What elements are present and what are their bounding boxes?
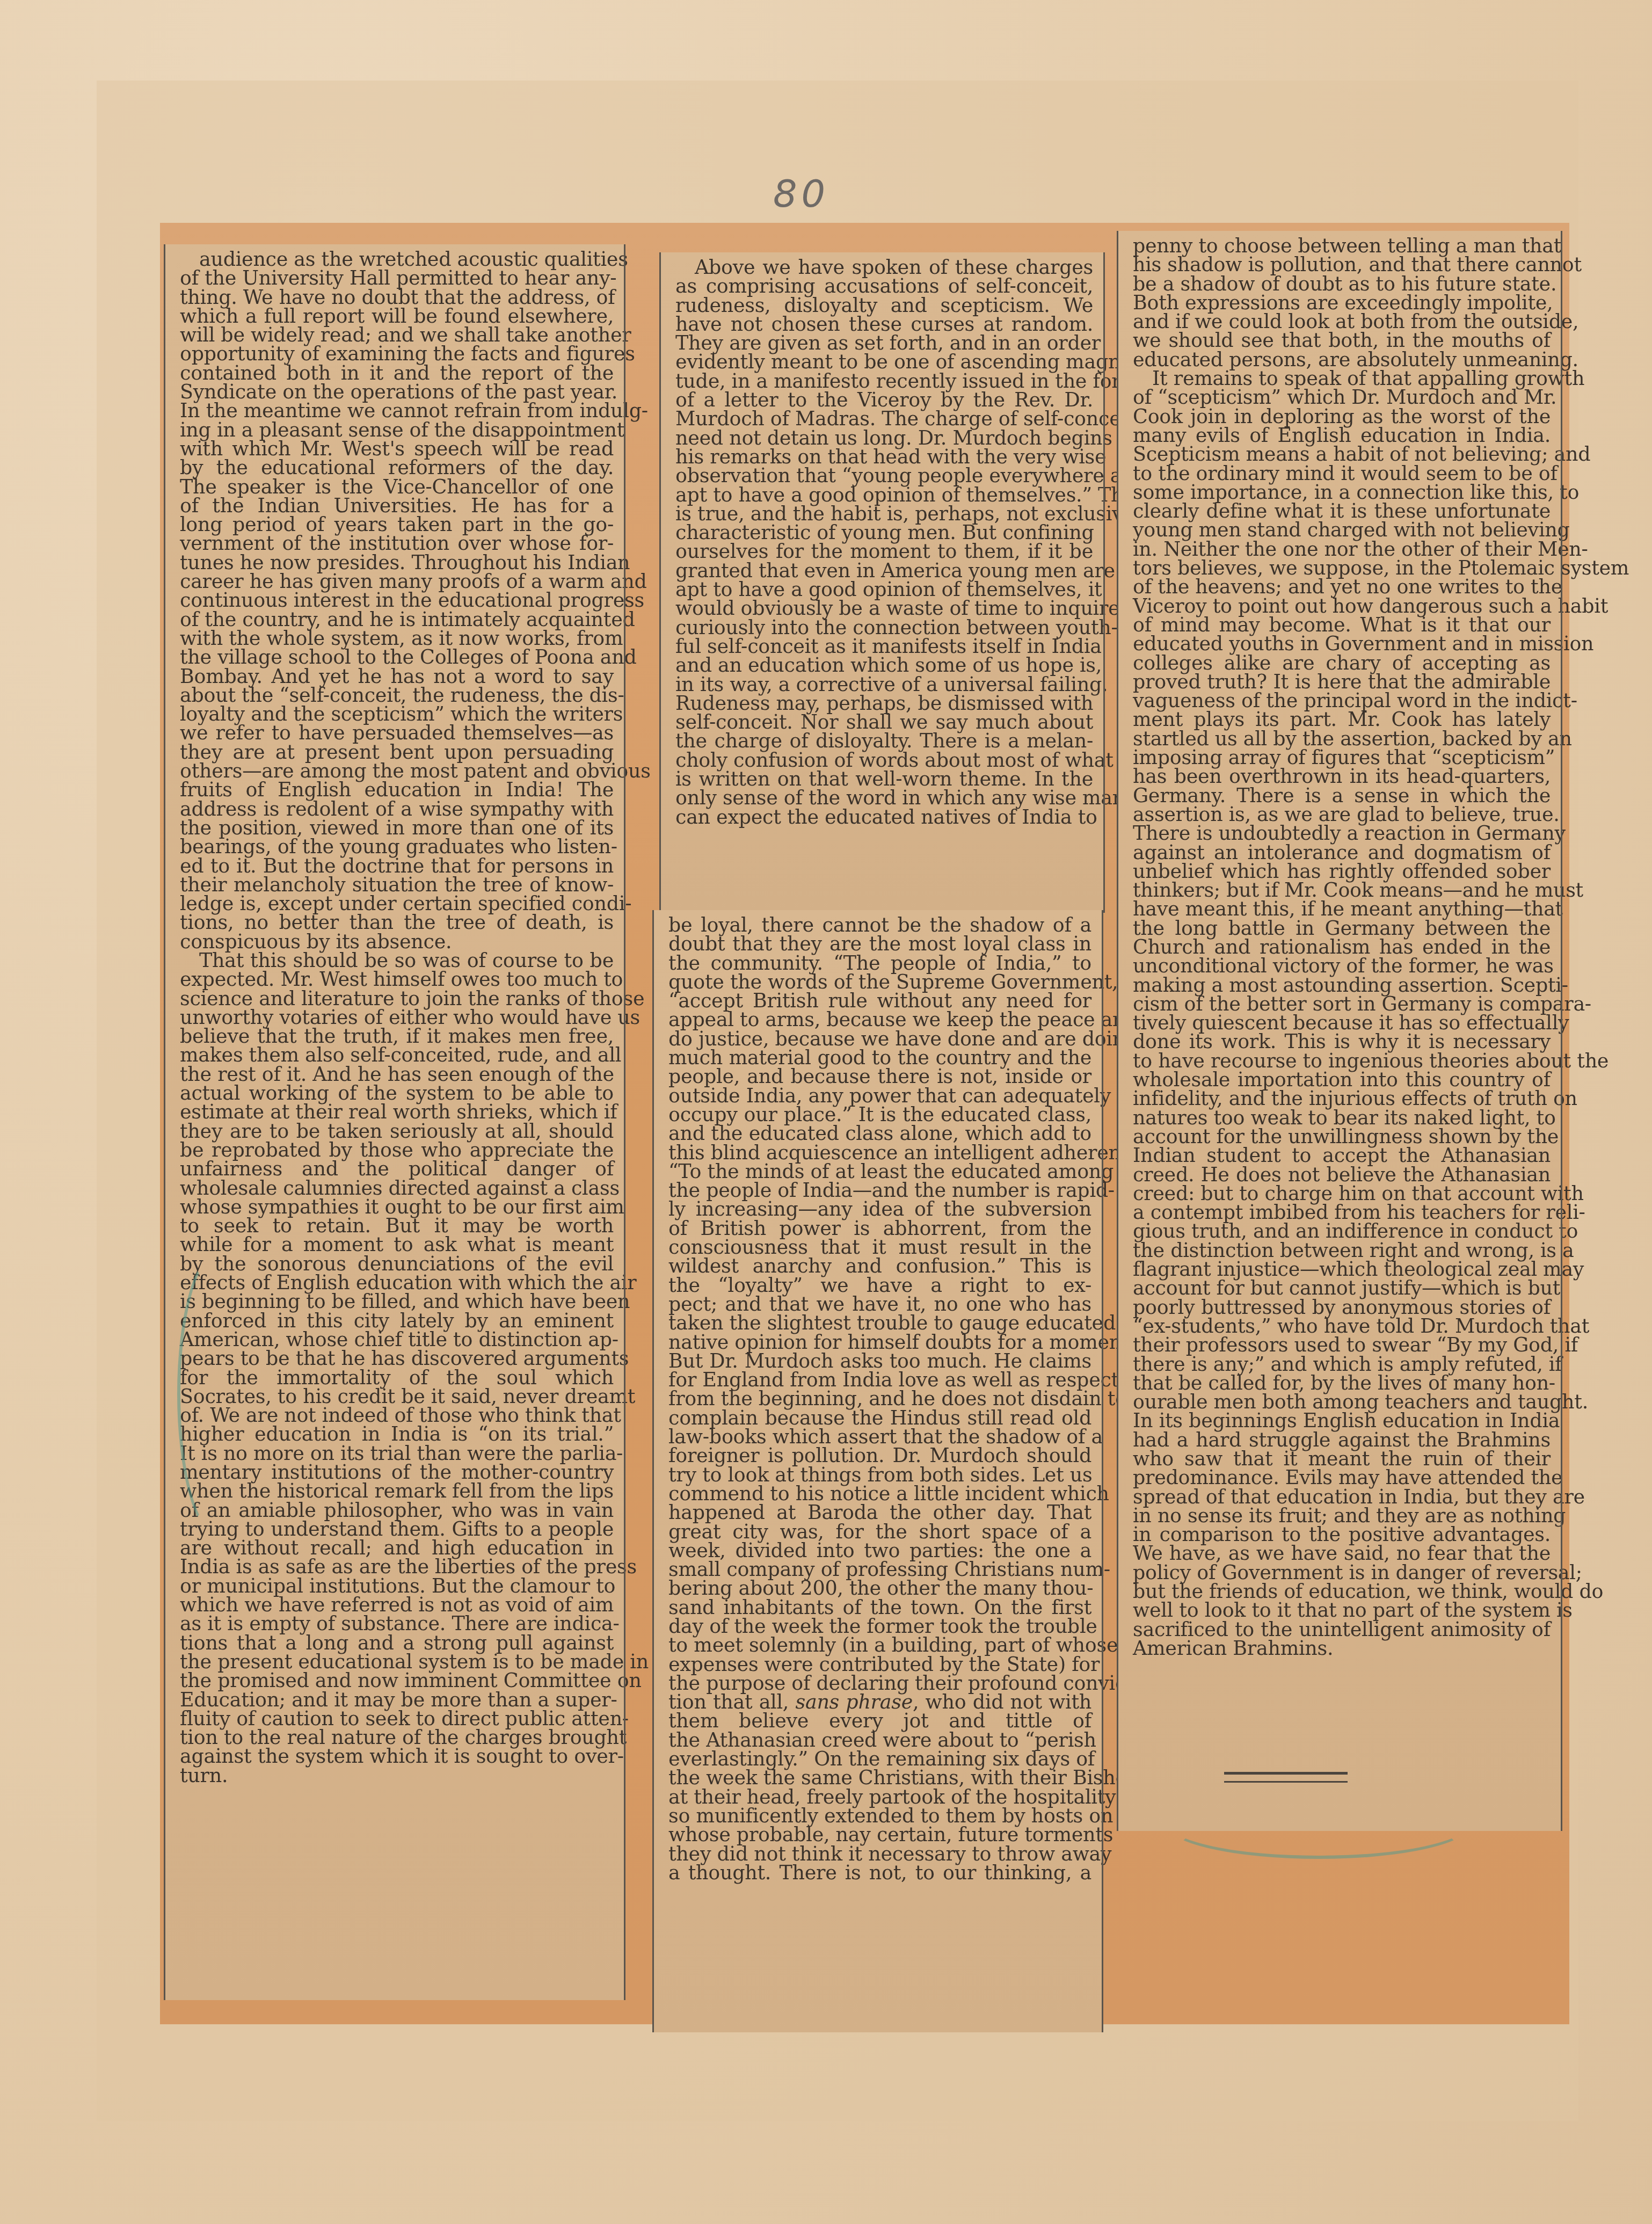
text-line: tions that a long and a strong pull agai… bbox=[180, 1633, 614, 1652]
text-line: fluity of caution to seek to direct publ… bbox=[180, 1709, 614, 1728]
text-line: commend to his notice a little incident … bbox=[668, 1484, 1091, 1503]
text-line: of “scepticism” which Dr. Murdoch and Mr… bbox=[1133, 388, 1551, 406]
text-line: by the sonorous denunciations of the evi… bbox=[180, 1254, 614, 1273]
text-line: vernment of the institution over whose f… bbox=[180, 534, 614, 553]
text-line: “accept British rule without any need fo… bbox=[668, 991, 1091, 1010]
text-line: his remarks on that head with the very w… bbox=[675, 447, 1093, 466]
text-line: others—are among the most patent and obv… bbox=[180, 761, 614, 780]
text-line: trying to understand them. Gifts to a pe… bbox=[180, 1520, 614, 1538]
text-line: sacrificed to the unintelligent animosit… bbox=[1133, 1620, 1551, 1639]
text-line: be reprobated by those who appreciate th… bbox=[180, 1140, 614, 1159]
text-line: their professors used to swear “By my Go… bbox=[1133, 1335, 1551, 1354]
text-line: Germany. There is a sense in which the bbox=[1133, 786, 1551, 805]
text-line: Bombay. And yet he has not a word to say bbox=[180, 667, 614, 686]
text-line: tunes he now presides. Throughout his In… bbox=[180, 553, 614, 572]
text-line: But Dr. Murdoch asks too much. He claims bbox=[668, 1351, 1091, 1370]
text-line: Indian student to accept the Athanasian bbox=[1133, 1146, 1551, 1165]
text-line: of the country, and he is intimately acq… bbox=[180, 610, 614, 629]
text-line: thinkers; but if Mr. Cook means—and he m… bbox=[1133, 881, 1551, 899]
column-rule bbox=[164, 244, 165, 2000]
text-line: done its work. This is why it is necessa… bbox=[1133, 1032, 1551, 1051]
text-line: sand inhabitants of the town. On the fir… bbox=[668, 1598, 1091, 1617]
text-line: whose sympathies it ought to be our firs… bbox=[180, 1197, 614, 1216]
text-line: whose probable, nay certain, future torm… bbox=[668, 1825, 1091, 1844]
text-line: colleges alike are chary of accepting as bbox=[1133, 653, 1551, 672]
text-line: to seek to retain. But it may be worth bbox=[180, 1216, 614, 1235]
text-line: in. Neither the one nor the other of the… bbox=[1133, 540, 1551, 558]
clipping-column-left: audience as the wretched acoustic qualit… bbox=[164, 244, 625, 2000]
pencil-annotation-mark bbox=[177, 1251, 259, 1537]
text-line: conspicuous by its absence. bbox=[180, 932, 614, 951]
text-line: with which Mr. West's speech will be rea… bbox=[180, 439, 614, 458]
text-line: apt to have a good opinion of themselves… bbox=[675, 485, 1093, 504]
text-line: week, divided into two parties: the one … bbox=[668, 1541, 1091, 1560]
column-rule bbox=[1102, 910, 1103, 2032]
text-line: unworthy votaries of either who would ha… bbox=[180, 1008, 614, 1027]
text-line: the rest of it. And he has seen enough o… bbox=[180, 1065, 614, 1084]
text-line: wholesale importation into this country … bbox=[1133, 1070, 1551, 1089]
text-line: In the meantime we cannot refrain from i… bbox=[180, 401, 614, 420]
text-line: loyalty and the scepticism” which the wr… bbox=[180, 704, 614, 723]
text-line: choly confusion of words about most of w… bbox=[675, 751, 1093, 769]
text-line: only sense of the word in which any wise… bbox=[675, 788, 1093, 807]
text-line: proved truth? It is here that the admira… bbox=[1133, 672, 1551, 691]
text-line: curiously into the connection between yo… bbox=[675, 618, 1093, 637]
column-rule bbox=[652, 910, 654, 2032]
text-line: rudeness, disloyalty and scepticism. We bbox=[675, 296, 1093, 315]
text-line: has been overthrown in its head-quarters… bbox=[1133, 767, 1551, 786]
text-line: quote the words of the Supreme Governmen… bbox=[668, 972, 1091, 991]
text-line: be a shadow of doubt as to his future st… bbox=[1133, 274, 1551, 293]
text-line: about the “self-conceit, the rudeness, t… bbox=[180, 686, 614, 704]
text-line: great city was, for the short space of a bbox=[668, 1522, 1091, 1541]
text-line: unconditional victory of the former, he … bbox=[1133, 956, 1551, 975]
text-line: a contempt imbibed from his teachers for… bbox=[1133, 1203, 1551, 1222]
text-line: tion that all, sans phrase, who did not … bbox=[668, 1692, 1091, 1711]
text-line: making a most astounding assertion. Scep… bbox=[1133, 976, 1551, 994]
text-line: wildest anarchy and confusion.” This is bbox=[668, 1256, 1091, 1275]
text-line: tude, in a manifesto recently issued in … bbox=[675, 372, 1093, 390]
text-line: continuous interest in the educational p… bbox=[180, 591, 614, 609]
text-line: vagueness of the principal word in the i… bbox=[1133, 691, 1551, 710]
text-line: the Athanasian creed were about to “peri… bbox=[668, 1731, 1091, 1749]
text-line: many evils of English education in India… bbox=[1133, 426, 1551, 445]
text-line: ment plays its part. Mr. Cook has lately bbox=[1133, 710, 1551, 729]
text-line: had a hard struggle against the Brahmins bbox=[1133, 1430, 1551, 1449]
column-rule bbox=[1117, 231, 1118, 1831]
text-line: have meant this, if he meant anything—th… bbox=[1133, 899, 1551, 918]
text-line: tors believes, we suppose, in the Ptolem… bbox=[1133, 558, 1551, 577]
text-line: predominance. Evils may have attended th… bbox=[1133, 1468, 1551, 1487]
text-line: opportunity of examining the facts and f… bbox=[180, 344, 614, 363]
text-line: Viceroy to point out how dangerous such … bbox=[1133, 597, 1551, 615]
text-line: which a full report will be found elsewh… bbox=[180, 307, 614, 325]
text-line: natures too weak to bear its naked light… bbox=[1133, 1108, 1551, 1127]
text-line: they are at present bent upon persuading bbox=[180, 743, 614, 761]
text-line: fruits of English education in India! Th… bbox=[180, 780, 614, 799]
text-line: Cook join in deploring as the worst of t… bbox=[1133, 407, 1551, 426]
text-line: the village school to the Colleges of Po… bbox=[180, 648, 614, 666]
text-line: tively quiescent because it has so effec… bbox=[1133, 1013, 1551, 1032]
column-rule bbox=[624, 244, 625, 2000]
text-line: gious truth, and an indifference in cond… bbox=[1133, 1222, 1551, 1240]
text-line: their melancholy situation the tree of k… bbox=[180, 875, 614, 894]
text-line: the community. “The people of India,” to bbox=[668, 954, 1091, 972]
text-line: long period of years taken part in the g… bbox=[180, 515, 614, 534]
text-line: assertion is, as we are glad to believe,… bbox=[1133, 805, 1551, 824]
text-line: of the University Hall permitted to hear… bbox=[180, 268, 614, 287]
text-line: audience as the wretched acoustic qualit… bbox=[180, 250, 614, 268]
text-line: by the educational reformers of the day. bbox=[180, 458, 614, 477]
text-line: self-conceit. Nor shall we say much abou… bbox=[675, 713, 1093, 731]
text-line: they did not think it necessary to throw… bbox=[668, 1844, 1091, 1863]
column-rule bbox=[659, 252, 661, 913]
text-line: tion to the real nature of the charges b… bbox=[180, 1728, 614, 1747]
text-line: Rudeness may, perhaps, be dismissed with bbox=[675, 694, 1093, 713]
text-line: expected. Mr. West himself owes too much… bbox=[180, 970, 614, 989]
text-line: law-books which assert that the shadow o… bbox=[668, 1427, 1091, 1446]
text-line: this blind acquiescence an intelligent a… bbox=[668, 1143, 1091, 1162]
text-line: at their head, freely partook of the hos… bbox=[668, 1787, 1091, 1806]
text-line: of a letter to the Viceroy by the Rev. D… bbox=[675, 390, 1093, 409]
text-line: observation that “young people everywher… bbox=[675, 466, 1093, 485]
text-line: Education; and it may be more than a sup… bbox=[180, 1690, 614, 1709]
text-line: granted that even in America young men a… bbox=[675, 561, 1093, 580]
text-line: apt to have a good opinion of themselves… bbox=[675, 580, 1093, 599]
text-line: ly increasing—any idea of the subversion bbox=[668, 1200, 1091, 1218]
text-line: of an amiable philosopher, who was in va… bbox=[180, 1501, 614, 1520]
text-line: of British power is abhorrent, from the bbox=[668, 1219, 1091, 1238]
text-line: of the heavens; and yet no one writes to… bbox=[1133, 577, 1551, 596]
text-line: ful self-conceit as it manifests itself … bbox=[675, 637, 1093, 656]
text-line: They are given as set forth, and in an o… bbox=[675, 333, 1093, 352]
text-line: and an education which some of us hope i… bbox=[675, 656, 1093, 674]
text-line: infidelity, and the injurious effects of… bbox=[1133, 1089, 1551, 1108]
text-line: flagrant injustice—which theological zea… bbox=[1133, 1260, 1551, 1278]
text-line: makes them also self-conceited, rude, an… bbox=[180, 1045, 614, 1064]
text-line: appeal to arms, because we keep the peac… bbox=[668, 1010, 1091, 1029]
text-line: cism of the better sort in Germany is co… bbox=[1133, 994, 1551, 1013]
text-line: against an intolerance and dogmatism of bbox=[1133, 843, 1551, 862]
text-line: will be widely read; and we shall take a… bbox=[180, 325, 614, 344]
end-of-article-rule bbox=[1224, 1772, 1348, 1783]
text-line: It remains to speak of that appalling gr… bbox=[1133, 369, 1551, 388]
text-line: would obviously be a waste of time to in… bbox=[675, 599, 1093, 617]
text-line: occupy our place.” It is the educated cl… bbox=[668, 1105, 1091, 1124]
article-text-right: penny to choose between telling a man th… bbox=[1117, 231, 1562, 1658]
text-line: the promised and now imminent Committee … bbox=[180, 1671, 614, 1690]
text-line: the distinction between right and wrong,… bbox=[1133, 1241, 1551, 1260]
text-line: day of the week the former took the trou… bbox=[668, 1617, 1091, 1636]
text-line: bering about 200, the other the many tho… bbox=[668, 1579, 1091, 1597]
text-line: bearings, of the young graduates who lis… bbox=[180, 837, 614, 856]
text-line: as it is empty of substance. There are i… bbox=[180, 1614, 614, 1633]
text-line: and if we could look at both from the ou… bbox=[1133, 312, 1551, 331]
text-line: wholesale calumnies directed against a c… bbox=[180, 1179, 614, 1197]
text-line: science and literature to join the ranks… bbox=[180, 989, 614, 1008]
text-line: ourable men both among teachers and taug… bbox=[1133, 1392, 1551, 1411]
text-line: Above we have spoken of these charges bbox=[675, 258, 1093, 277]
column-rule bbox=[1561, 231, 1562, 1831]
text-line: try to look at things from both sides. L… bbox=[668, 1465, 1091, 1484]
text-line: happened at Baroda the other day. That bbox=[668, 1503, 1091, 1522]
text-line: small company of professing Christians n… bbox=[668, 1560, 1091, 1579]
text-line: creed. He does not believe the Athanasia… bbox=[1133, 1165, 1551, 1184]
text-line: That this should be so was of course to … bbox=[180, 951, 614, 970]
text-line: pect; and that we have it, no one who ha… bbox=[668, 1295, 1091, 1313]
text-line: ledge is, except under certain specified… bbox=[180, 894, 614, 913]
text-line: is true, and the habit is, perhaps, not … bbox=[675, 504, 1093, 523]
text-line: are without recall; and high education i… bbox=[180, 1538, 614, 1557]
text-line: tions, no better than the tree of death,… bbox=[180, 913, 614, 932]
handwritten-page-number: 80 bbox=[773, 172, 829, 216]
text-line: Murdoch of Madras. The charge of self-co… bbox=[675, 409, 1093, 428]
text-line: native opinion for himself doubts for a … bbox=[668, 1333, 1091, 1351]
text-line: while for a moment to ask what is meant bbox=[180, 1235, 614, 1254]
text-line: who saw that it meant the ruin of their bbox=[1133, 1449, 1551, 1468]
text-line: can expect the educated natives of India… bbox=[675, 808, 1093, 826]
text-line: from the beginning, and he does not disd… bbox=[668, 1389, 1091, 1408]
text-line: characteristic of young men. But confini… bbox=[675, 523, 1093, 542]
clipping-column-middle-top: Above we have spoken of these chargesas … bbox=[659, 252, 1105, 913]
text-line: to have recourse to ingenious theories a… bbox=[1133, 1051, 1551, 1070]
text-line: there is any;” and which is amply refute… bbox=[1133, 1355, 1551, 1373]
text-line: poorly buttressed by anonymous stories o… bbox=[1133, 1298, 1551, 1317]
text-line: policy of Government is in danger of rev… bbox=[1133, 1563, 1551, 1582]
text-line: India is as safe as are the liberties of… bbox=[180, 1557, 614, 1576]
text-line: the week the same Christians, with their… bbox=[668, 1768, 1091, 1787]
clipping-column-right: penny to choose between telling a man th… bbox=[1117, 231, 1562, 1831]
text-line: for England from India love as well as r… bbox=[668, 1370, 1091, 1389]
text-line: people, and because there is not, inside… bbox=[668, 1067, 1091, 1086]
text-line: contained both in it and the report of t… bbox=[180, 364, 614, 382]
text-line: everlastingly.” On the remaining six day… bbox=[668, 1749, 1091, 1768]
text-line: foreigner is pollution. Dr. Murdoch shou… bbox=[668, 1446, 1091, 1465]
text-line: Church and rationalism has ended in the bbox=[1133, 937, 1551, 956]
text-line: his shadow is pollution, and that there … bbox=[1133, 255, 1551, 274]
text-line: against the system which it is sought to… bbox=[180, 1747, 614, 1765]
text-line: doubt that they are the most loyal class… bbox=[668, 934, 1091, 953]
text-line: in its way, a corrective of a universal … bbox=[675, 675, 1093, 694]
text-line: taken the slightest trouble to gauge edu… bbox=[668, 1313, 1091, 1332]
text-line: Both expressions are exceedingly impolit… bbox=[1133, 293, 1551, 312]
text-line: ourselves for the moment to them, if it … bbox=[675, 542, 1093, 561]
text-line: in no sense its fruit; and they are as n… bbox=[1133, 1506, 1551, 1525]
text-line: unfairness and the political danger of bbox=[180, 1159, 614, 1178]
text-line: We have, as we have said, no fear that t… bbox=[1133, 1544, 1551, 1562]
text-line: the present educational system is to be … bbox=[180, 1652, 614, 1671]
text-line: that be called for, by the lives of many… bbox=[1133, 1373, 1551, 1392]
text-line: estimate at their real worth shrieks, wh… bbox=[180, 1102, 614, 1121]
text-line: American Brahmins. bbox=[1133, 1639, 1551, 1658]
text-line: to the ordinary mind it would seem to be… bbox=[1133, 464, 1551, 483]
text-line: believe that the truth, if it makes men … bbox=[180, 1027, 614, 1045]
text-line: do justice, because we have done and are… bbox=[668, 1029, 1091, 1048]
text-line: Syndicate on the operations of the past … bbox=[180, 382, 614, 401]
text-line: the purpose of declaring their profound … bbox=[668, 1674, 1091, 1692]
text-line: be loyal, there cannot be the shadow of … bbox=[668, 915, 1091, 934]
text-line: imposing array of figures that “sceptici… bbox=[1133, 748, 1551, 767]
text-line: evidently meant to be one of ascending m… bbox=[675, 352, 1093, 371]
text-line: need not detain us long. Dr. Murdoch beg… bbox=[675, 428, 1093, 447]
text-line: actual working of the system to be able … bbox=[180, 1084, 614, 1102]
text-line: much material good to the country and th… bbox=[668, 1048, 1091, 1067]
text-line: them believe every jot and tittle of bbox=[668, 1711, 1091, 1730]
article-text-middle-top: Above we have spoken of these chargesas … bbox=[659, 252, 1105, 826]
text-line: and the educated class alone, which add … bbox=[668, 1124, 1091, 1143]
text-line: penny to choose between telling a man th… bbox=[1133, 236, 1551, 255]
text-line: educated persons, are absolutely unmeani… bbox=[1133, 350, 1551, 369]
text-line: in comparison to the positive advantages… bbox=[1133, 1525, 1551, 1544]
text-line: There is undoubtedly a reaction in Germa… bbox=[1133, 824, 1551, 842]
text-line: of the Indian Universities. He has for a bbox=[180, 496, 614, 515]
text-line: the people of India—and the number is ra… bbox=[668, 1181, 1091, 1200]
text-line: “ex-students,” who have told Dr. Murdoch… bbox=[1133, 1317, 1551, 1335]
text-line: of mind may become. What is it that our bbox=[1133, 615, 1551, 634]
article-text-middle-bottom: be loyal, there cannot be the shadow of … bbox=[652, 910, 1103, 1882]
text-line: educated youths in Government and in mis… bbox=[1133, 634, 1551, 653]
text-line: ing in a pleasant sense of the disappoin… bbox=[180, 420, 614, 439]
text-line: with the whole system, as it now works, … bbox=[180, 629, 614, 648]
text-line: the “loyalty” we have a right to ex- bbox=[668, 1276, 1091, 1295]
text-line: we refer to have persuaded themselves—as bbox=[180, 723, 614, 742]
text-line: well to look to it that no part of the s… bbox=[1133, 1601, 1551, 1619]
text-line: account for the unwillingness shown by t… bbox=[1133, 1127, 1551, 1146]
text-line: ed to it. But the doctrine that for pers… bbox=[180, 856, 614, 875]
pencil-annotation-mark bbox=[1165, 1788, 1472, 1859]
article-text-left: audience as the wretched acoustic qualit… bbox=[164, 244, 625, 1785]
text-line: which we have referred is not as void of… bbox=[180, 1595, 614, 1614]
text-line: complain because the Hindus still read o… bbox=[668, 1408, 1091, 1427]
text-line: Scepticism means a habit of not believin… bbox=[1133, 445, 1551, 463]
text-line: outside India, any power that can adequa… bbox=[668, 1086, 1091, 1105]
text-line: so munificently extended to them by host… bbox=[668, 1806, 1091, 1825]
text-line: to meet solemnly (in a building, part of… bbox=[668, 1636, 1091, 1654]
text-line: consciousness that it must result in the bbox=[668, 1238, 1091, 1256]
text-line: address is redolent of a wise sympathy w… bbox=[180, 800, 614, 818]
text-line: thing. We have no doubt that the address… bbox=[180, 288, 614, 307]
text-line: young men stand charged with not believi… bbox=[1133, 520, 1551, 539]
text-line: the position, viewed in more than one of… bbox=[180, 818, 614, 837]
text-line: is written on that well-worn theme. In t… bbox=[675, 769, 1093, 788]
text-line: clearly define what it is these unfortun… bbox=[1133, 502, 1551, 520]
text-line: we should see that both, in the mouths o… bbox=[1133, 331, 1551, 350]
text-line: startled us all by the assertion, backed… bbox=[1133, 729, 1551, 748]
text-line: account for but cannot justify—which is … bbox=[1133, 1278, 1551, 1297]
text-line: creed: but to charge him on that account… bbox=[1133, 1184, 1551, 1203]
text-line: “To the minds of at least the educated a… bbox=[668, 1162, 1091, 1181]
text-line: they are to be taken seriously at all, s… bbox=[180, 1122, 614, 1140]
text-line: In its beginnings English education in I… bbox=[1133, 1411, 1551, 1430]
text-line: turn. bbox=[180, 1766, 614, 1785]
text-line: as comprising accusations of self-concei… bbox=[675, 277, 1093, 295]
text-line: the long battle in Germany between the bbox=[1133, 919, 1551, 937]
text-line: have not chosen these curses at random. bbox=[675, 315, 1093, 333]
text-line: expenses were contributed by the State) … bbox=[668, 1655, 1091, 1674]
text-line: The speaker is the Vice-Chancellor of on… bbox=[180, 477, 614, 496]
text-line: some importance, in a connection like th… bbox=[1133, 483, 1551, 502]
text-line: career he has given many proofs of a war… bbox=[180, 572, 614, 591]
clipping-column-middle-bottom: be loyal, there cannot be the shadow of … bbox=[652, 910, 1103, 2032]
text-line: a thought. There is not, to our thinking… bbox=[668, 1863, 1091, 1882]
text-line: unbelief which has rightly offended sobe… bbox=[1133, 862, 1551, 881]
text-line: but the friends of education, we think, … bbox=[1133, 1582, 1551, 1601]
text-line: the charge of disloyalty. There is a mel… bbox=[675, 731, 1093, 750]
column-rule bbox=[1103, 252, 1105, 913]
text-line: spread of that education in India, but t… bbox=[1133, 1487, 1551, 1506]
text-line: or municipal institutions. But the clamo… bbox=[180, 1576, 614, 1595]
